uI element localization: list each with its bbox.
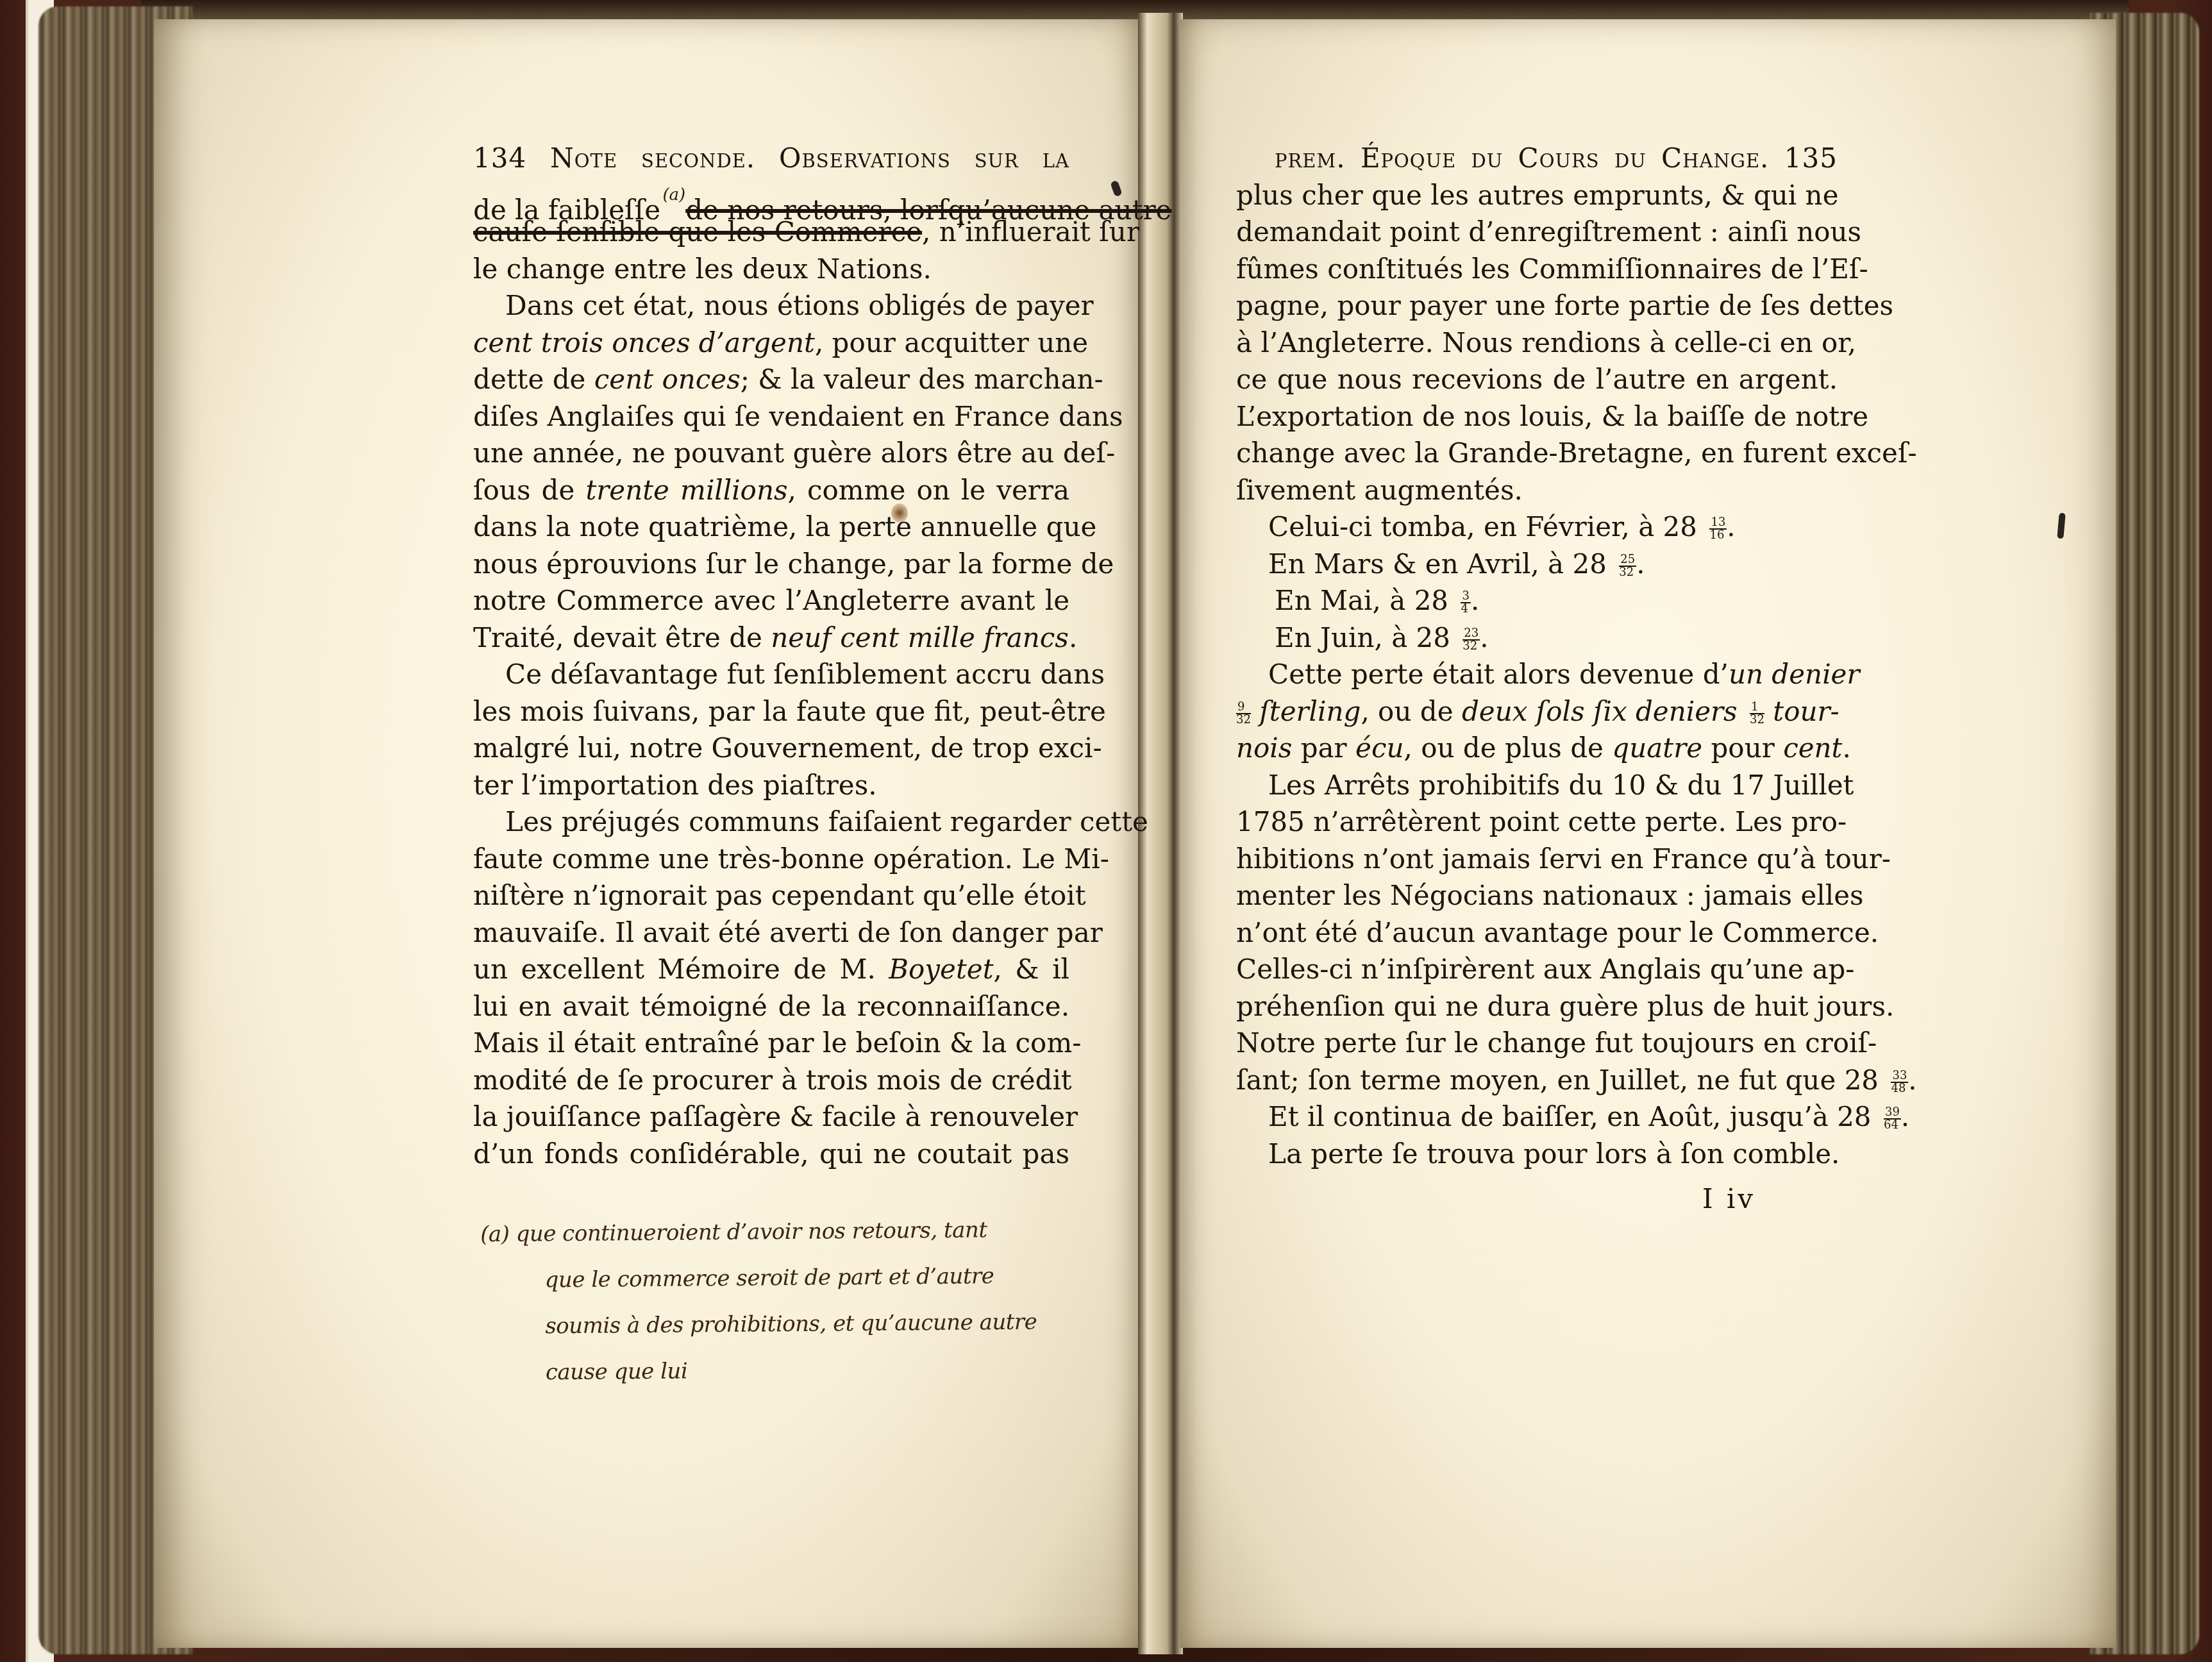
text-line: Cette perte était alors devenue d’un den… bbox=[1236, 656, 1838, 693]
text-line: Les préjugés communs faiſaient regarder … bbox=[473, 803, 1069, 841]
fraction: 1316 bbox=[1709, 517, 1727, 541]
text-line: faute comme une très-bonne opération. Le… bbox=[473, 841, 1069, 878]
text-line: n’ont été d’aucun avantage pour le Comme… bbox=[1236, 914, 1838, 952]
text-line: les mois ſuivans, par la faute que fit, … bbox=[473, 693, 1069, 730]
handwritten-line: soumis à des prohibitions, et qu’aucune … bbox=[481, 1298, 1097, 1350]
handwritten-line: que le commerce seroit de part et d’autr… bbox=[480, 1252, 1096, 1304]
page-number: 135 bbox=[1784, 142, 1838, 174]
text-line: un excellent Mémoire de M. Boyetet, & il bbox=[473, 951, 1069, 988]
text-line: nous éprouvions ſur le change, par la fo… bbox=[473, 546, 1069, 583]
exchange-rate-line: Celui-ci tomba, en Février, à 28 1316. bbox=[1236, 508, 1838, 546]
text-line: Notre perte ſur le change fut toujours e… bbox=[1236, 1025, 1838, 1062]
exchange-rate-line: En Mai, à 28 34. bbox=[1236, 582, 1838, 619]
text-line: lui en avait témoigné de la reconnaiſſan… bbox=[473, 988, 1069, 1025]
text-line: notre Commerce avec l’Angleterre avant l… bbox=[473, 582, 1069, 619]
handwritten-line: cause que lui bbox=[482, 1345, 1098, 1396]
text-line: Les Arrêts prohibitifs du 10 & du 17 Jui… bbox=[1236, 767, 1838, 804]
text-line: 1785 n’arrêtèrent point cette perte. Les… bbox=[1236, 803, 1838, 841]
text-line: change avec la Grande-Bretagne, en furen… bbox=[1236, 435, 1838, 472]
text-line: mauvaiſe. Il avait été averti de ſon dan… bbox=[473, 914, 1069, 952]
text-line: d’un fonds conſidérable, qui ne coutait … bbox=[473, 1136, 1069, 1173]
fraction: 3348 bbox=[1891, 1070, 1908, 1095]
text-line: menter les Négocians nationaux : jamais … bbox=[1236, 877, 1838, 914]
text-line: demandait point d’enregiſtrement : ainſi… bbox=[1236, 214, 1838, 251]
text-line: ce que nous recevions de l’autre en arge… bbox=[1236, 361, 1838, 398]
text-line: L’exportation de nos louis, & la baiſſe … bbox=[1236, 398, 1838, 435]
text-line: hibitions n’ont jamais ſervi en France q… bbox=[1236, 841, 1838, 878]
handwritten-marginal-note: (a) que continueroient d’avoir nos retou… bbox=[480, 1206, 1097, 1396]
text-line: ter l’importation des piaſtres. bbox=[473, 767, 1069, 804]
text-line: la jouiſſance paſſagère & facile à renou… bbox=[473, 1098, 1069, 1136]
text-line: une année, ne pouvant guère alors être a… bbox=[473, 435, 1069, 472]
text-line: modité de ſe procurer à trois mois de cr… bbox=[473, 1062, 1069, 1099]
running-head-left: 134 Note seconde. Observations sur la bbox=[473, 140, 1069, 177]
handwritten-line: (a) que continueroient d’avoir nos retou… bbox=[480, 1206, 1096, 1257]
exchange-rate-line: ſant; ſon terme moyen, en Juillet, ne fu… bbox=[1236, 1062, 1838, 1099]
text-line: Traité, devait être de neuf cent mille f… bbox=[473, 619, 1069, 657]
exchange-rate-line: Et il continua de baiſſer, en Août, jusq… bbox=[1236, 1098, 1838, 1136]
text-line: ſivement augmentés. bbox=[1236, 472, 1838, 509]
text-line: niſtère n’ignorait pas cependant qu’elle… bbox=[473, 877, 1069, 914]
signature-mark: I iv bbox=[1702, 1183, 1755, 1214]
text-line: préhenſion qui ne dura guère plus de hui… bbox=[1236, 988, 1838, 1025]
text-line: dette de cent onces; & la valeur des mar… bbox=[473, 361, 1069, 398]
text-line: fûmes conſtitués les Commiſſionnaires de… bbox=[1236, 251, 1838, 288]
fraction: 2532 bbox=[1619, 554, 1636, 578]
text-line: de la faibleſſe (a)de nos retours, lorſq… bbox=[473, 177, 1069, 214]
fraction: 932 bbox=[1236, 701, 1251, 726]
text-line: La perte ſe trouva pour lors à ſon combl… bbox=[1236, 1136, 1838, 1173]
text-line: ſous de trente millions, comme on le ver… bbox=[473, 472, 1069, 509]
text-line: Mais il était entraîné par le beſoin & l… bbox=[473, 1025, 1069, 1062]
text-line: Ce déſavantage fut ſenſiblement accru da… bbox=[473, 656, 1069, 693]
fraction: 132 bbox=[1750, 701, 1764, 726]
text-line: cauſe ſenſible que les Commerce, n’influ… bbox=[473, 214, 1069, 251]
note-marker: (a) bbox=[662, 185, 685, 205]
right-page-text: prem. Époque du Cours du Change. 135 plu… bbox=[1236, 140, 1838, 1172]
left-page-text: 134 Note seconde. Observations sur la de… bbox=[473, 140, 1069, 1172]
fraction: 2332 bbox=[1462, 628, 1480, 652]
text-line: le change entre les deux Nations. bbox=[473, 251, 1069, 288]
running-head-title: Note seconde. Observations sur la bbox=[550, 142, 1069, 174]
exchange-rate-line: En Juin, à 28 2332. bbox=[1236, 619, 1838, 657]
text-line: plus cher que les autres emprunts, & qui… bbox=[1236, 177, 1838, 214]
text-line: dans la note quatrième, la perte annuell… bbox=[473, 508, 1069, 546]
struck-text: cauſe ſenſible que les Commerce bbox=[473, 216, 922, 248]
text-line: nois par écu, ou de plus de quatre pour … bbox=[1236, 730, 1838, 767]
text-line: à l’Angleterre. Nous rendions à celle-ci… bbox=[1236, 324, 1838, 362]
text-line: Dans cet état, nous étions obligés de pa… bbox=[473, 287, 1069, 324]
fraction: 3964 bbox=[1884, 1107, 1901, 1131]
fraction: 34 bbox=[1461, 591, 1470, 615]
text-line: 932 ſterling, ou de deux ſols ſix denier… bbox=[1236, 693, 1838, 730]
text-line: diſes Anglaiſes qui ſe vendaient en Fran… bbox=[473, 398, 1069, 435]
text-line: Celles-ci n’inſpirèrent aux Anglais qu’u… bbox=[1236, 951, 1838, 988]
running-head-right: prem. Époque du Cours du Change. 135 bbox=[1236, 140, 1838, 177]
text-line: malgré lui, notre Gouvernement, de trop … bbox=[473, 730, 1069, 767]
text-line: pagne, pour payer une forte partie de ſe… bbox=[1236, 287, 1838, 324]
text-line: cent trois onces d’argent, pour acquitte… bbox=[473, 324, 1069, 362]
exchange-rate-line: En Mars & en Avril, à 28 2532. bbox=[1236, 546, 1838, 583]
running-head-title: prem. Époque du Cours du Change. bbox=[1275, 142, 1769, 174]
page-number: 134 bbox=[473, 142, 526, 174]
